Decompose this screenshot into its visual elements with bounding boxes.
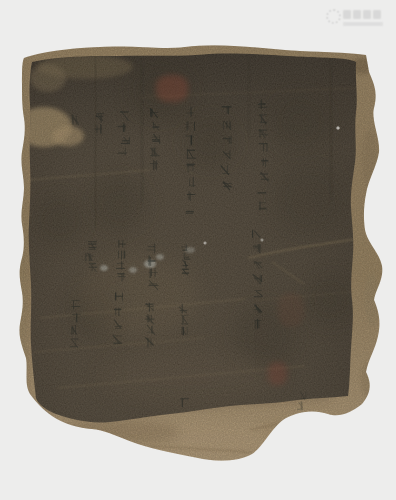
ink-character [252,303,263,315]
ink-character [258,113,269,125]
ink-character [187,176,198,188]
ink-character [117,122,128,134]
ink-character [113,291,124,303]
ink-character [178,303,189,315]
ink-character [185,134,196,146]
ink-character [298,390,308,401]
ink-character [149,159,160,171]
ink-character [148,107,159,119]
ink-character [119,110,130,122]
ink-character [149,146,160,158]
ink-character [144,313,155,325]
ink-character [144,336,155,348]
ink-character [150,120,161,132]
ink-character [221,104,232,116]
ink-character [257,98,268,110]
ink-character [222,179,233,191]
ink-character [146,243,157,255]
ink-character [147,255,158,267]
ink-character [144,301,155,313]
ink-character [185,162,196,174]
ink-character [84,251,95,263]
ink-character [253,318,264,330]
ink-character [71,312,82,324]
ink-character [93,123,104,135]
manuscript-photo [0,0,396,500]
ink-character [69,324,80,336]
red-seal-top [156,75,188,102]
paper-artwork [0,0,396,500]
ink-character [259,171,270,183]
ink-character [251,228,262,240]
ink-character [256,185,267,197]
paper-surface [29,53,357,422]
ink-character [252,258,263,270]
ink-character [296,400,306,411]
ink-character [113,305,124,317]
paper-grain [16,40,386,472]
ink-character [148,279,159,291]
watermark-gear-icon [326,9,341,24]
ink-character [69,114,80,126]
ink-character [181,259,190,269]
ink-character [120,134,131,146]
ink-character [145,324,156,336]
ink-character [221,119,232,131]
ink-character [185,190,196,202]
ink-character [186,148,197,160]
red-tinge-right [278,293,304,327]
ink-character [117,146,128,158]
ink-character [179,396,190,408]
seal-layer [0,0,396,500]
ink-character [258,127,269,139]
ink-character [252,243,263,255]
ink-character [112,333,123,345]
ink-character [87,262,98,274]
ink-character [181,267,190,277]
paper-edge-shading [18,58,379,454]
ink-character [69,337,80,349]
ink-character [259,156,270,168]
ink-character [87,240,98,252]
ink-character [253,288,264,300]
ink-character [257,200,268,212]
ink-character [185,106,196,118]
paper-torn-edge [19,45,382,460]
ink-character [252,273,263,285]
watermark-characters [343,10,381,19]
ink-columns-layer [0,0,396,500]
ink-character [178,325,189,337]
red-seal-right [268,362,287,385]
ink-character [94,112,105,124]
paper-texture [16,40,386,480]
ink-character [220,164,231,176]
ink-character [116,249,127,261]
ink-character [222,134,233,146]
ink-character [70,299,81,311]
ink-character [182,251,191,261]
ink-character [179,314,190,326]
ink-character [148,267,159,279]
ink-character [116,271,127,283]
ink-character [115,260,126,272]
ink-character [116,238,127,250]
ink-character [184,204,195,216]
ink-character [180,243,189,253]
ink-character [113,319,124,331]
ink-character [222,149,233,161]
watermark-logo [326,8,390,30]
ink-character [185,120,196,132]
watermark-subtext [343,22,383,26]
ink-character [150,133,161,145]
ink-character [258,142,269,154]
